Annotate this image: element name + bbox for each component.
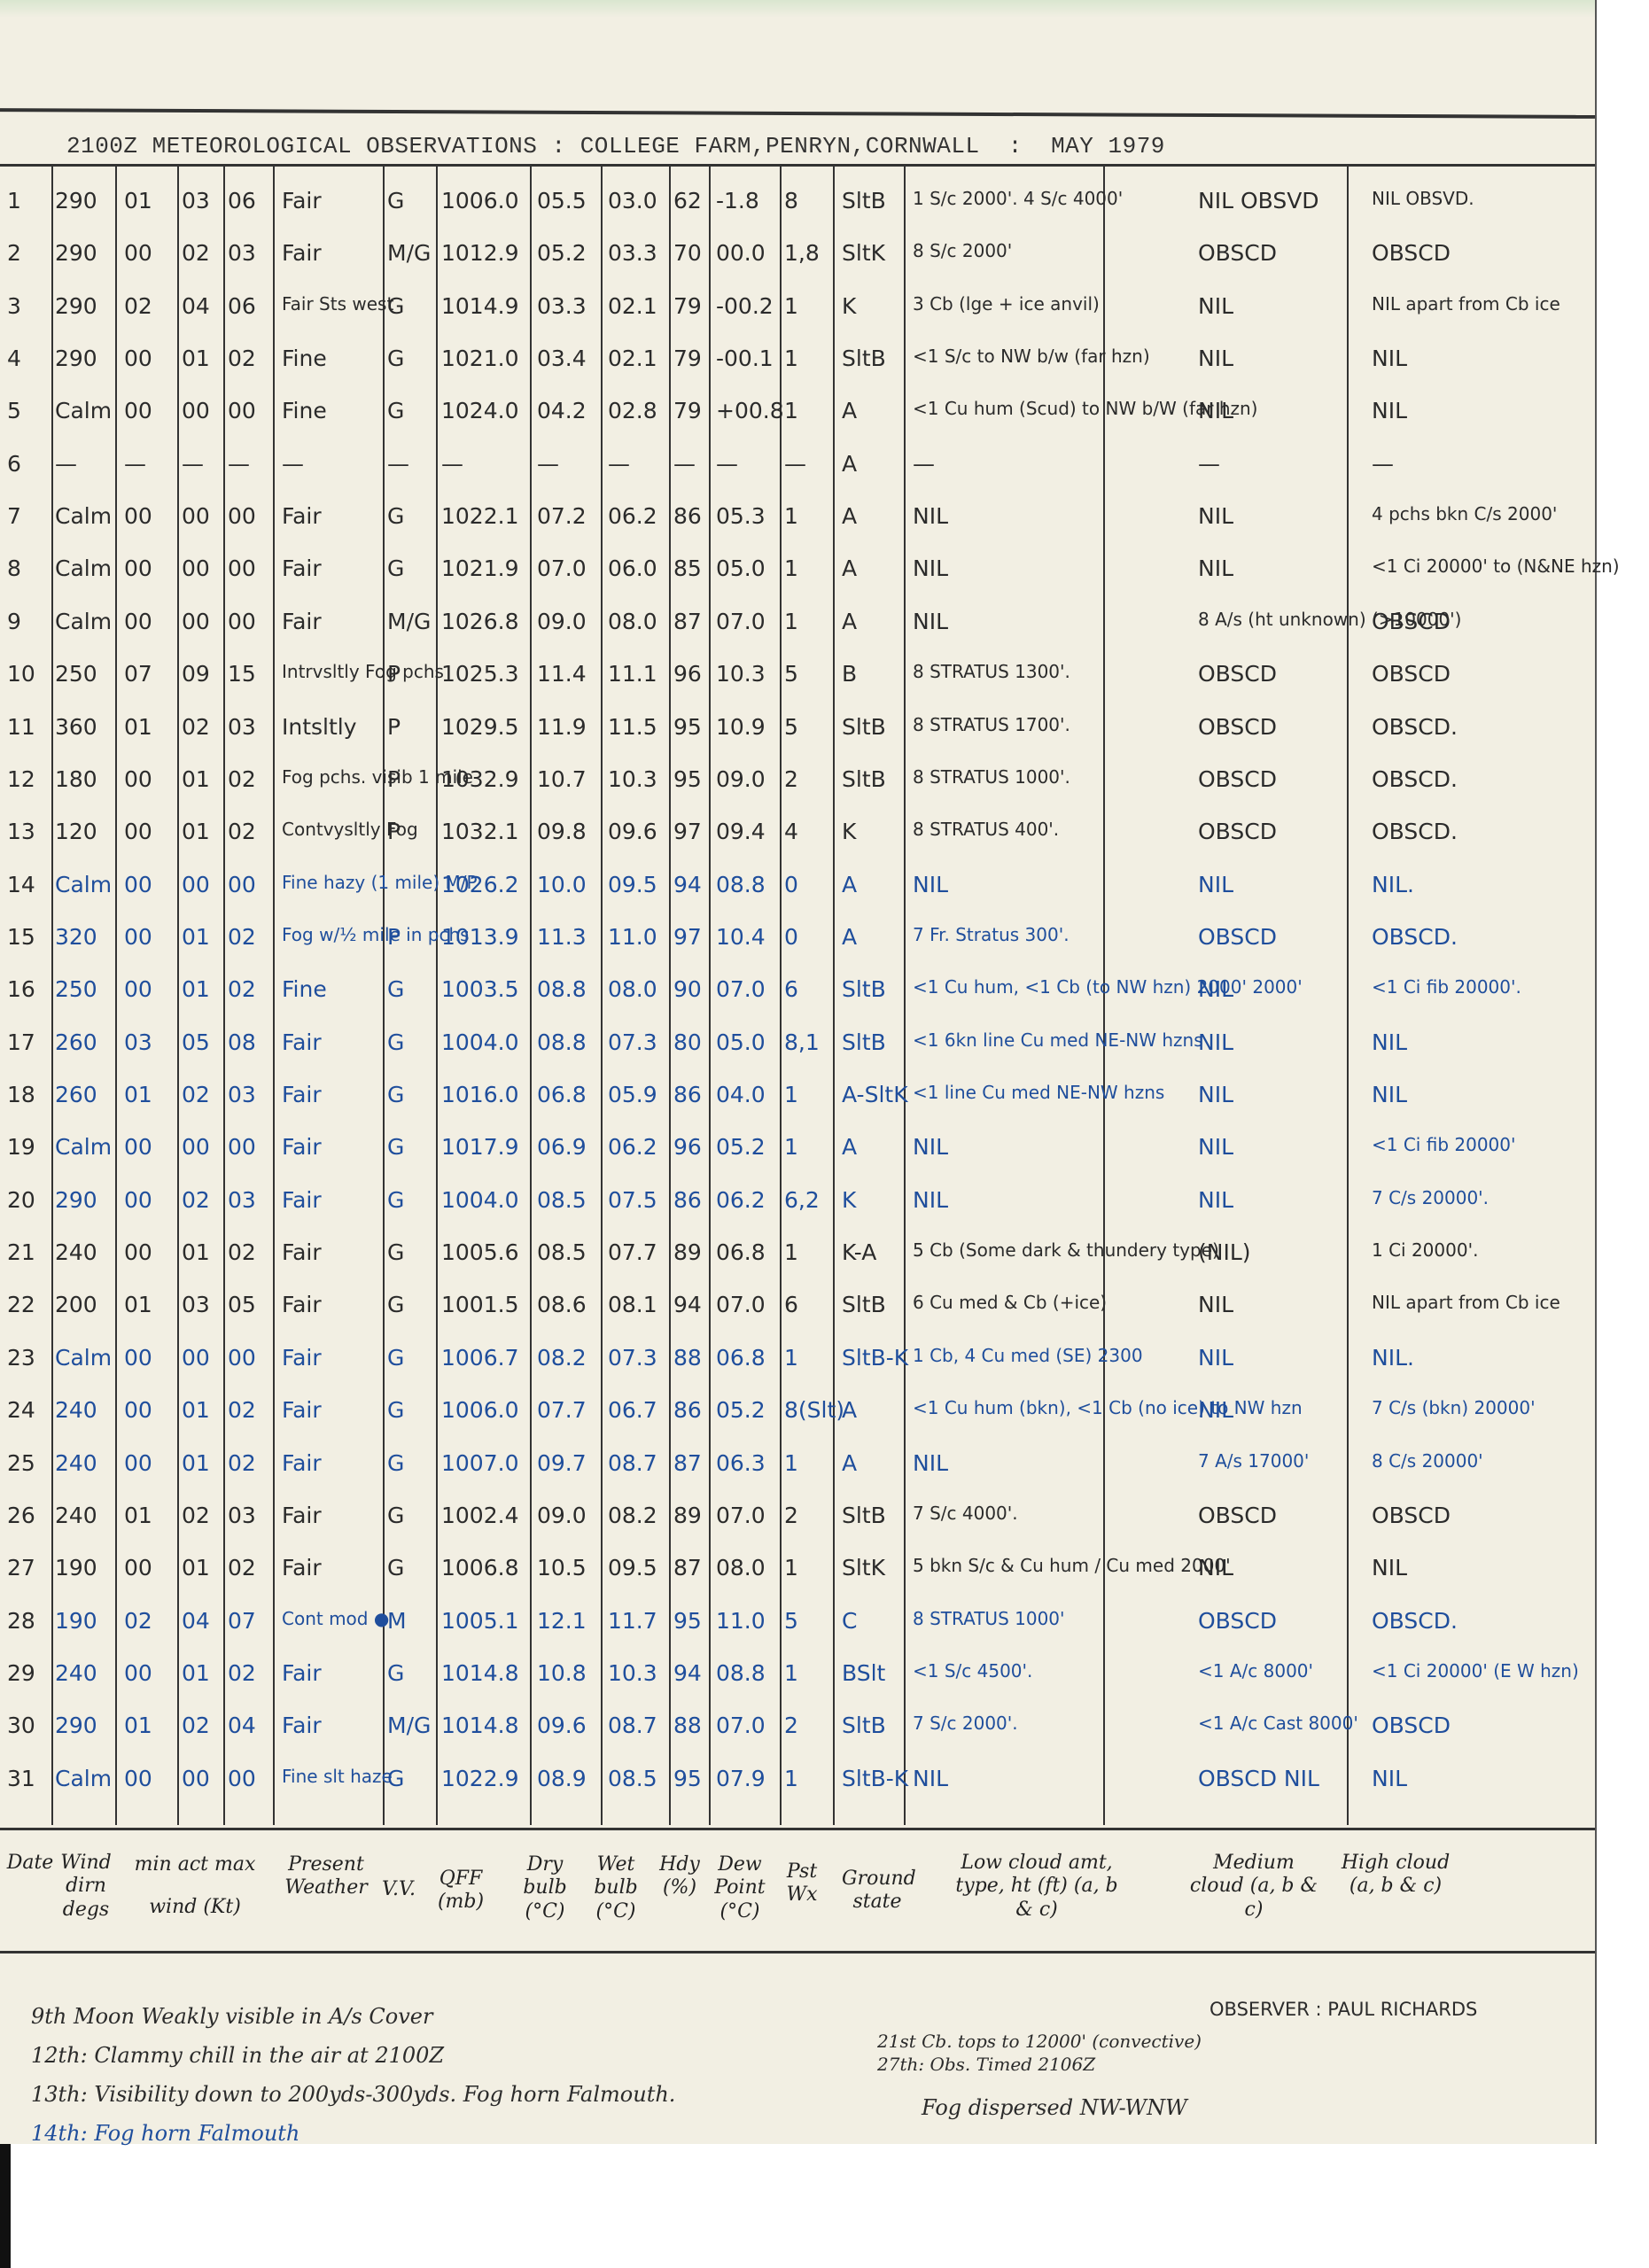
cell-date: 6 xyxy=(7,453,21,475)
cell-high: 1 Ci 20000'. xyxy=(1372,1241,1478,1259)
cell-min: 00 xyxy=(124,820,152,843)
cell-gs: SltB xyxy=(842,716,886,738)
cell-low: 8 STRATUS 1700'. xyxy=(913,716,1070,734)
cell-date: 2 xyxy=(7,242,21,264)
cell-dew: 11.0 xyxy=(716,1610,766,1632)
cell-date: 20 xyxy=(7,1189,35,1211)
cell-act: 00 xyxy=(182,874,210,896)
cell-min: 00 xyxy=(124,1767,152,1790)
cell-min: 00 xyxy=(124,1136,152,1158)
cell-dir: 180 xyxy=(55,768,97,790)
cell-dew: -00.1 xyxy=(716,347,774,369)
cell-vv: G xyxy=(387,557,404,579)
cell-low: NIL xyxy=(913,1189,948,1211)
cell-low: <1 Cu hum (bkn), <1 Cb (no ice) to NW hz… xyxy=(913,1399,1303,1417)
cell-qff: 1014.8 xyxy=(441,1714,518,1736)
cell-high: NIL xyxy=(1372,400,1407,422)
cell-hdy: 87 xyxy=(673,1452,702,1474)
cell-qff: 1007.0 xyxy=(441,1452,518,1474)
cell-hdy: 79 xyxy=(673,400,702,422)
cell-wet: 09.5 xyxy=(608,874,657,896)
column-rule xyxy=(669,167,671,1825)
cell-gs: A xyxy=(842,453,857,475)
cell-pw: Fair xyxy=(282,1241,322,1263)
cell-dry: 10.5 xyxy=(537,1557,587,1579)
cell-med: OBSCD xyxy=(1198,242,1277,264)
cell-low: 8 STRATUS 400'. xyxy=(913,820,1059,838)
cell-gs: A xyxy=(842,505,857,527)
cell-dry: 08.6 xyxy=(537,1293,587,1316)
cell-dew: 06.2 xyxy=(716,1189,766,1211)
cell-qff: 1021.9 xyxy=(441,557,518,579)
cell-med: OBSCD xyxy=(1198,716,1277,738)
cell-max: 03 xyxy=(228,1189,256,1211)
cell-pw: Fine slt haze xyxy=(282,1767,393,1785)
cell-high: <1 Ci 20000' to (N&NE hzn) xyxy=(1372,557,1620,575)
cell-min: 00 xyxy=(124,242,152,264)
cell-act: 00 xyxy=(182,557,210,579)
cell-pst: 8 xyxy=(784,190,798,212)
cell-dir: 240 xyxy=(55,1399,97,1421)
cell-dew: 07.0 xyxy=(716,978,766,1000)
cell-low: NIL xyxy=(913,505,948,527)
cell-qff: 1004.0 xyxy=(441,1189,518,1211)
cell-vv: G xyxy=(387,295,404,317)
cell-wet: 06.2 xyxy=(608,1136,657,1158)
column-rule xyxy=(709,167,711,1825)
cell-gs: C xyxy=(842,1610,857,1632)
cell-max: 03 xyxy=(228,242,256,264)
cell-wet: 11.5 xyxy=(608,716,657,738)
cell-dir: 290 xyxy=(55,1714,97,1736)
cell-high: OBSCD xyxy=(1372,1714,1451,1736)
cell-hdy: 96 xyxy=(673,1136,702,1158)
cell-dry: 08.5 xyxy=(537,1241,587,1263)
cell-high: OBSCD xyxy=(1372,242,1451,264)
column-rule xyxy=(601,167,603,1825)
cell-dir: Calm xyxy=(55,1347,112,1369)
cell-act: 01 xyxy=(182,1452,210,1474)
cell-min: 00 xyxy=(124,347,152,369)
cell-act: 05 xyxy=(182,1031,210,1053)
cell-max: 02 xyxy=(228,820,256,843)
cell-pst: 5 xyxy=(784,716,798,738)
cell-min: 00 xyxy=(124,1557,152,1579)
cell-dew: 09.4 xyxy=(716,820,766,843)
cell-dew: 07.0 xyxy=(716,1714,766,1736)
cell-gs: SltB xyxy=(842,347,886,369)
cell-dry: 11.3 xyxy=(537,926,587,948)
cell-date: 24 xyxy=(7,1399,35,1421)
cell-high: NIL xyxy=(1372,1084,1407,1106)
cell-pst: 1 xyxy=(784,1767,798,1790)
cell-date: 29 xyxy=(7,1662,35,1684)
cell-vv: G xyxy=(387,1031,404,1053)
cell-dew: 05.0 xyxy=(716,1031,766,1053)
cell-gs: K xyxy=(842,820,856,843)
cell-hdy: 80 xyxy=(673,1031,702,1053)
cell-vv: G xyxy=(387,978,404,1000)
cell-qff: 1005.1 xyxy=(441,1610,518,1632)
cell-low: NIL xyxy=(913,1452,948,1474)
cell-dew: 10.9 xyxy=(716,716,766,738)
cell-qff: 1006.7 xyxy=(441,1347,518,1369)
cell-act: 02 xyxy=(182,716,210,738)
cell-pst: 6 xyxy=(784,978,798,1000)
cell-low: 3 Cb (lge + ice anvil) xyxy=(913,295,1100,313)
cell-act: 02 xyxy=(182,1189,210,1211)
cell-vv: G xyxy=(387,347,404,369)
cell-low: 7 Fr. Stratus 300'. xyxy=(913,926,1070,944)
cell-pst: 0 xyxy=(784,926,798,948)
cell-wet: 02.1 xyxy=(608,347,657,369)
cell-wet: 10.3 xyxy=(608,1662,657,1684)
cell-qff: 1032.9 xyxy=(441,768,518,790)
cell-act: 03 xyxy=(182,1293,210,1316)
cell-min: 00 xyxy=(124,400,152,422)
cell-dir: 240 xyxy=(55,1452,97,1474)
cell-min: 00 xyxy=(124,1399,152,1421)
cell-pw: Fair xyxy=(282,1293,322,1316)
cell-min: 01 xyxy=(124,1293,152,1316)
cell-hdy: 89 xyxy=(673,1241,702,1263)
cell-pw: Cont mod ● xyxy=(282,1610,389,1627)
cell-med: NIL xyxy=(1198,978,1233,1000)
cell-high: OBSCD. xyxy=(1372,716,1458,738)
cell-vv: G xyxy=(387,1504,404,1526)
cell-med: NIL xyxy=(1198,1031,1233,1053)
cell-qff: 1016.0 xyxy=(441,1084,518,1106)
cell-vv: P xyxy=(387,663,401,685)
cell-max: 05 xyxy=(228,1293,256,1316)
cell-pst: 1 xyxy=(784,1347,798,1369)
cell-wet: 06.0 xyxy=(608,557,657,579)
cell-dew: 10.4 xyxy=(716,926,766,948)
cell-min: 03 xyxy=(124,1031,152,1053)
top-rule xyxy=(0,108,1595,119)
cell-dry: 08.9 xyxy=(537,1767,587,1790)
cell-min: 00 xyxy=(124,926,152,948)
cell-wet: 08.1 xyxy=(608,1293,657,1316)
cell-pw: Fair xyxy=(282,1662,322,1684)
cell-pst: 1 xyxy=(784,1557,798,1579)
cell-dew: — xyxy=(716,453,738,475)
cell-med: 7 A/s 17000' xyxy=(1198,1452,1309,1470)
cell-high: OBSCD xyxy=(1372,663,1451,685)
cell-pw: Fine xyxy=(282,347,327,369)
cell-hdy: 87 xyxy=(673,1557,702,1579)
cell-pw: Fair xyxy=(282,1189,322,1211)
cell-hdy: 86 xyxy=(673,1189,702,1211)
cell-max: 02 xyxy=(228,1399,256,1421)
cell-qff: — xyxy=(441,453,463,475)
cell-med: NIL xyxy=(1198,557,1233,579)
cell-dry: 09.0 xyxy=(537,1504,587,1526)
column-rule xyxy=(273,167,275,1825)
cell-min: 01 xyxy=(124,190,152,212)
legend-humidity: Hdy (%) xyxy=(657,1853,702,1900)
cell-pst: 5 xyxy=(784,1610,798,1632)
cell-hdy: 79 xyxy=(673,295,702,317)
cell-act: 00 xyxy=(182,610,210,633)
cell-low: 6 Cu med & Cb (+ice) xyxy=(913,1293,1107,1311)
cell-dry: 04.2 xyxy=(537,400,587,422)
cell-vv: G xyxy=(387,400,404,422)
cell-dry: 11.9 xyxy=(537,716,587,738)
column-rule xyxy=(833,167,835,1825)
cell-dir: 290 xyxy=(55,1189,97,1211)
cell-max: 02 xyxy=(228,978,256,1000)
cell-low: 1 Cb, 4 Cu med (SE) 2300 xyxy=(913,1347,1143,1364)
cell-date: 13 xyxy=(7,820,35,843)
cell-dew: 07.0 xyxy=(716,1504,766,1526)
cell-dir: Calm xyxy=(55,505,112,527)
cell-hdy: 90 xyxy=(673,978,702,1000)
cell-qff: 1006.8 xyxy=(441,1557,518,1579)
cell-date: 9 xyxy=(7,610,21,633)
legend-high-cloud: High cloud (a, b & c) xyxy=(1329,1852,1462,1899)
cell-pw: Fair xyxy=(282,1714,322,1736)
cell-pw: Fair xyxy=(282,1452,322,1474)
cell-dir: 190 xyxy=(55,1557,97,1579)
legend-dew-point: Dew Point (°C) xyxy=(709,1853,771,1923)
cell-dir: 240 xyxy=(55,1662,97,1684)
cell-low: 8 STRATUS 1000'. xyxy=(913,768,1070,786)
cell-pst: 6 xyxy=(784,1293,798,1316)
cell-qff: 1014.9 xyxy=(441,295,518,317)
cell-low: <1 S/c 4500'. xyxy=(913,1662,1032,1680)
cell-date: 22 xyxy=(7,1293,35,1316)
cell-high: OBSCD. xyxy=(1372,768,1458,790)
cell-gs: SltB xyxy=(842,1293,886,1316)
cell-pw: Fair xyxy=(282,1504,322,1526)
cell-pst: 1 xyxy=(784,1084,798,1106)
cell-low: 5 Cb (Some dark & thundery type) xyxy=(913,1241,1219,1259)
cell-wet: 09.5 xyxy=(608,1557,657,1579)
cell-act: 01 xyxy=(182,978,210,1000)
cell-act: 01 xyxy=(182,1399,210,1421)
cell-gs: A xyxy=(842,1399,857,1421)
cell-act: 02 xyxy=(182,1504,210,1526)
cell-hdy: 96 xyxy=(673,663,702,685)
cell-med: NIL xyxy=(1198,295,1233,317)
cell-med: NIL xyxy=(1198,1293,1233,1316)
cell-high: NIL apart from Cb ice xyxy=(1372,295,1560,313)
cell-gs: SltB xyxy=(842,1714,886,1736)
column-rule xyxy=(223,167,225,1825)
cell-low: NIL xyxy=(913,557,948,579)
cell-vv: M/G xyxy=(387,242,431,264)
cell-hdy: 95 xyxy=(673,716,702,738)
cell-dew: -1.8 xyxy=(716,190,759,212)
cell-high: NIL xyxy=(1372,347,1407,369)
cell-hdy: 95 xyxy=(673,768,702,790)
cell-wet: 07.7 xyxy=(608,1241,657,1263)
cell-pst: 5 xyxy=(784,663,798,685)
cell-date: 10 xyxy=(7,663,35,685)
cell-vv: G xyxy=(387,1399,404,1421)
cell-dew: 08.8 xyxy=(716,1662,766,1684)
cell-vv: G xyxy=(387,505,404,527)
cell-wet: 11.0 xyxy=(608,926,657,948)
cell-max: 15 xyxy=(228,663,256,685)
cell-dew: 00.0 xyxy=(716,242,766,264)
observer-signature: OBSERVER : PAUL RICHARDS xyxy=(1210,1999,1477,2020)
cell-pst: 0 xyxy=(784,874,798,896)
cell-dew: 06.8 xyxy=(716,1347,766,1369)
cell-pst: 1 xyxy=(784,400,798,422)
cell-dir: 290 xyxy=(55,347,97,369)
cell-med: OBSCD xyxy=(1198,926,1277,948)
cell-qff: 1003.5 xyxy=(441,978,518,1000)
cell-vv: M/G xyxy=(387,1714,431,1736)
cell-act: 00 xyxy=(182,1767,210,1790)
cell-low: NIL xyxy=(913,874,948,896)
cell-min: 00 xyxy=(124,874,152,896)
cell-high: OBSCD xyxy=(1372,610,1451,633)
cell-low: NIL xyxy=(913,1767,948,1790)
cell-med: — xyxy=(1198,453,1220,475)
cell-date: 28 xyxy=(7,1610,35,1632)
cell-max: 00 xyxy=(228,1347,256,1369)
cell-wet: 07.5 xyxy=(608,1189,657,1211)
cell-med: OBSCD xyxy=(1198,768,1277,790)
cell-vv: G xyxy=(387,190,404,212)
cell-qff: 1026.8 xyxy=(441,610,518,633)
legend-dry-bulb: Dry bulb (°C) xyxy=(514,1853,576,1923)
cell-act: 02 xyxy=(182,1714,210,1736)
cell-max: — xyxy=(228,453,250,475)
cell-pst: 8,1 xyxy=(784,1031,820,1053)
cell-dry: 03.3 xyxy=(537,295,587,317)
cell-max: 00 xyxy=(228,400,256,422)
cell-max: 02 xyxy=(228,1557,256,1579)
cell-date: 4 xyxy=(7,347,21,369)
cell-min: 00 xyxy=(124,505,152,527)
cell-dry: 10.0 xyxy=(537,874,587,896)
cell-date: 25 xyxy=(7,1452,35,1474)
cell-med: NIL xyxy=(1198,1347,1233,1369)
cell-med: OBSCD xyxy=(1198,663,1277,685)
cell-pst: 2 xyxy=(784,1714,798,1736)
cell-med: NIL xyxy=(1198,874,1233,896)
cell-min: 01 xyxy=(124,1714,152,1736)
cell-pw: Fair xyxy=(282,1031,322,1053)
cell-pst: 2 xyxy=(784,768,798,790)
cell-high: NIL xyxy=(1372,1557,1407,1579)
cell-dew: 05.2 xyxy=(716,1399,766,1421)
cell-max: 02 xyxy=(228,1662,256,1684)
cell-gs: SltB xyxy=(842,978,886,1000)
cell-date: 7 xyxy=(7,505,21,527)
cell-min: 00 xyxy=(124,1662,152,1684)
cell-pw: Fair Sts west xyxy=(282,295,393,313)
cell-med: NIL xyxy=(1198,1084,1233,1106)
cell-pw: Fair xyxy=(282,557,322,579)
cell-vv: M/G xyxy=(387,610,431,633)
cell-qff: 1001.5 xyxy=(441,1293,518,1316)
cell-high: NIL. xyxy=(1372,1347,1414,1369)
cell-low: <1 6kn line Cu med NE-NW hzns xyxy=(913,1031,1203,1049)
cell-pw: Fair xyxy=(282,505,322,527)
cell-high: OBSCD. xyxy=(1372,1610,1458,1632)
cell-qff: 1022.1 xyxy=(441,505,518,527)
remark-line: 14th: Fog horn Falmouth xyxy=(31,2121,299,2146)
cell-high: 4 pchs bkn C/s 2000' xyxy=(1372,505,1557,523)
cell-hdy: 86 xyxy=(673,505,702,527)
cell-med: NIL xyxy=(1198,1189,1233,1211)
cell-hdy: 86 xyxy=(673,1399,702,1421)
legend-present-weather: Present Weather xyxy=(282,1853,370,1900)
cell-date: 12 xyxy=(7,768,35,790)
cell-hdy: 87 xyxy=(673,610,702,633)
cell-wet: — xyxy=(608,453,630,475)
cell-dir: Calm xyxy=(55,610,112,633)
table-bottom-rule xyxy=(0,1828,1595,1830)
cell-wet: 08.7 xyxy=(608,1452,657,1474)
legend-ground-state: Ground state xyxy=(842,1868,913,1915)
cell-dew: +00.8 xyxy=(716,400,784,422)
cell-dew: 06.3 xyxy=(716,1452,766,1474)
cell-gs: A-SltK xyxy=(842,1084,908,1106)
cell-dir: Calm xyxy=(55,1136,112,1158)
cell-pw: Intsltly xyxy=(282,716,357,738)
cell-high: NIL OBSVD. xyxy=(1372,190,1474,207)
cell-vv: G xyxy=(387,1241,404,1263)
scan-edge xyxy=(0,2144,11,2268)
cell-hdy: 88 xyxy=(673,1714,702,1736)
cell-gs: A xyxy=(842,1452,857,1474)
cell-dir: 240 xyxy=(55,1504,97,1526)
cell-high: 7 C/s (bkn) 20000' xyxy=(1372,1399,1536,1417)
cell-max: 02 xyxy=(228,768,256,790)
cell-pst: 1 xyxy=(784,1136,798,1158)
legend-wind-unit: wind (Kt) xyxy=(133,1896,257,1919)
cell-act: 01 xyxy=(182,347,210,369)
cell-dew: -00.2 xyxy=(716,295,774,317)
cell-wet: 07.3 xyxy=(608,1347,657,1369)
cell-act: 02 xyxy=(182,1084,210,1106)
cell-low: <1 S/c to NW b/w (far hzn) xyxy=(913,347,1150,365)
cell-wet: 09.6 xyxy=(608,820,657,843)
cell-dir: Calm xyxy=(55,400,112,422)
cell-wet: 08.5 xyxy=(608,1767,657,1790)
cell-date: 11 xyxy=(7,716,35,738)
cell-hdy: 94 xyxy=(673,1293,702,1316)
cell-gs: A xyxy=(842,1136,857,1158)
column-rule xyxy=(115,167,117,1825)
cell-med: OBSCD xyxy=(1198,820,1277,843)
cell-qff: 1017.9 xyxy=(441,1136,518,1158)
cell-med: OBSCD NIL xyxy=(1198,1767,1319,1790)
cell-act: 01 xyxy=(182,926,210,948)
cell-gs: A xyxy=(842,874,857,896)
cell-dew: 07.0 xyxy=(716,610,766,633)
cell-max: 02 xyxy=(228,926,256,948)
cell-min: 00 xyxy=(124,1347,152,1369)
cell-med: NIL xyxy=(1198,1136,1233,1158)
cell-low: — xyxy=(913,453,935,475)
cell-dir: 290 xyxy=(55,190,97,212)
cell-pst: 1 xyxy=(784,1662,798,1684)
column-rule xyxy=(436,167,438,1825)
cell-date: 18 xyxy=(7,1084,35,1106)
cell-high: NIL xyxy=(1372,1767,1407,1790)
cell-pst: 6,2 xyxy=(784,1189,820,1211)
cell-dry: 07.0 xyxy=(537,557,587,579)
column-rule xyxy=(904,167,906,1825)
cell-med: NIL OBSVD xyxy=(1198,190,1319,212)
